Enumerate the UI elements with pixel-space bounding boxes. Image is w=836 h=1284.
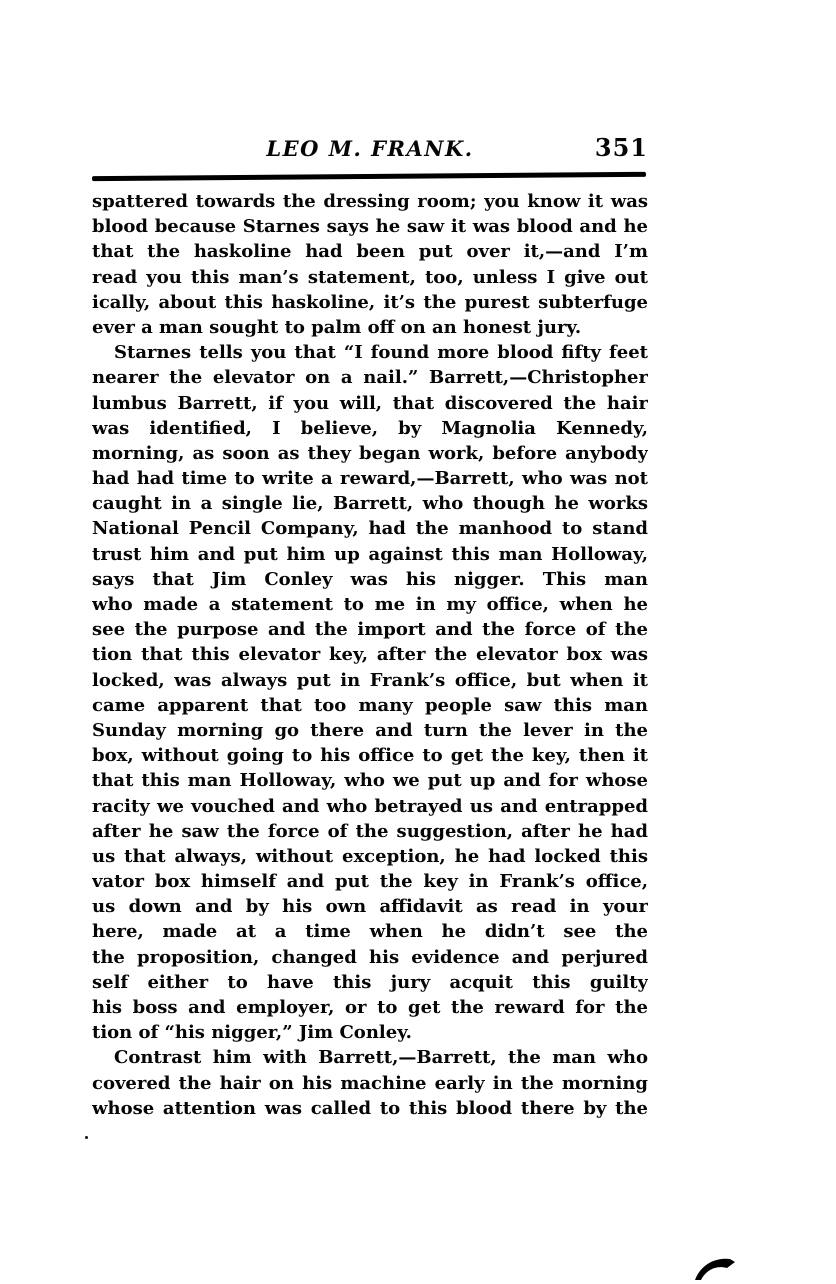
text-line: had had time to write a reward,—Barrett,… (92, 466, 648, 491)
text-line: spattered towards the dressing room; you… (92, 189, 648, 214)
text-line: self either to have this jury acquit thi… (92, 970, 648, 995)
text-line: racity we vouched and who betrayed us an… (92, 794, 648, 819)
page-corner-mark (694, 1256, 740, 1280)
text-line: the proposition, changed his evidence an… (92, 945, 648, 970)
text-line: after he saw the force of the suggestion… (92, 819, 648, 844)
text-line: us down and by his own affidavit as read… (92, 894, 648, 919)
text-line: covered the hair on his machine early in… (92, 1071, 648, 1096)
text-line: that the haskoline had been put over it,… (92, 239, 648, 264)
text-line: trust him and put him up against this ma… (92, 542, 648, 567)
text-line: ically, about this haskoline, it’s the p… (92, 290, 648, 315)
text-line: see the purpose and the import and the f… (92, 617, 648, 642)
text-line: whose attention was called to this blood… (92, 1096, 648, 1121)
text-line: tion that this elevator key, after the e… (92, 642, 648, 667)
text-line: National Pencil Company, had the manhood… (92, 516, 648, 541)
text-line: Contrast him with Barrett,—Barrett, the … (92, 1045, 648, 1070)
paragraph: Contrast him with Barrett,—Barrett, the … (92, 1045, 648, 1121)
text-line: that this man Holloway, who we put up an… (92, 768, 648, 793)
paragraph: spattered towards the dressing room; you… (92, 189, 648, 340)
text-line: lumbus Barrett, if you will, that discov… (92, 391, 648, 416)
text-line: caught in a single lie, Barrett, who tho… (92, 491, 648, 516)
text-line: was identified, I believe, by Magnolia K… (92, 416, 648, 441)
paragraph: Starnes tells you that “I found more blo… (92, 340, 648, 1045)
header-rule (92, 172, 646, 181)
text-line: us that always, without exception, he ha… (92, 844, 648, 869)
text-line: morning, as soon as they began work, bef… (92, 441, 648, 466)
text-line: nearer the elevator on a nail.” Barrett,… (92, 365, 648, 390)
ink-speck (85, 1136, 88, 1139)
text-line: who made a statement to me in my office,… (92, 592, 648, 617)
text-line: read you this man’s statement, too, unle… (92, 265, 648, 290)
text-line: ever a man sought to palm off on an hone… (92, 315, 648, 340)
text-line: blood because Starnes says he saw it was… (92, 214, 648, 239)
text-line: his boss and employer, or to get the rew… (92, 995, 648, 1020)
text-line: came apparent that too many people saw t… (92, 693, 648, 718)
text-line: vator box himself and put the key in Fra… (92, 869, 648, 894)
text-line: says that Jim Conley was his nigger. Thi… (92, 567, 648, 592)
running-title: LEO M. FRANK. (92, 136, 648, 161)
text-line: here, made at a time when he didn’t see … (92, 919, 648, 944)
text-line: tion of “his nigger,” Jim Conley. (92, 1020, 648, 1045)
text-line: Sunday morning go there and turn the lev… (92, 718, 648, 743)
text-line: Starnes tells you that “I found more blo… (92, 340, 648, 365)
text-line: box, without going to his office to get … (92, 743, 648, 768)
book-page: LEO M. FRANK. 351 spattered towards the … (0, 0, 836, 1284)
text-line: locked, was always put in Frank’s office… (92, 668, 648, 693)
page-body: spattered towards the dressing room; you… (92, 189, 648, 1121)
page-header: LEO M. FRANK. 351 (92, 136, 648, 166)
page-number: 351 (595, 133, 648, 162)
